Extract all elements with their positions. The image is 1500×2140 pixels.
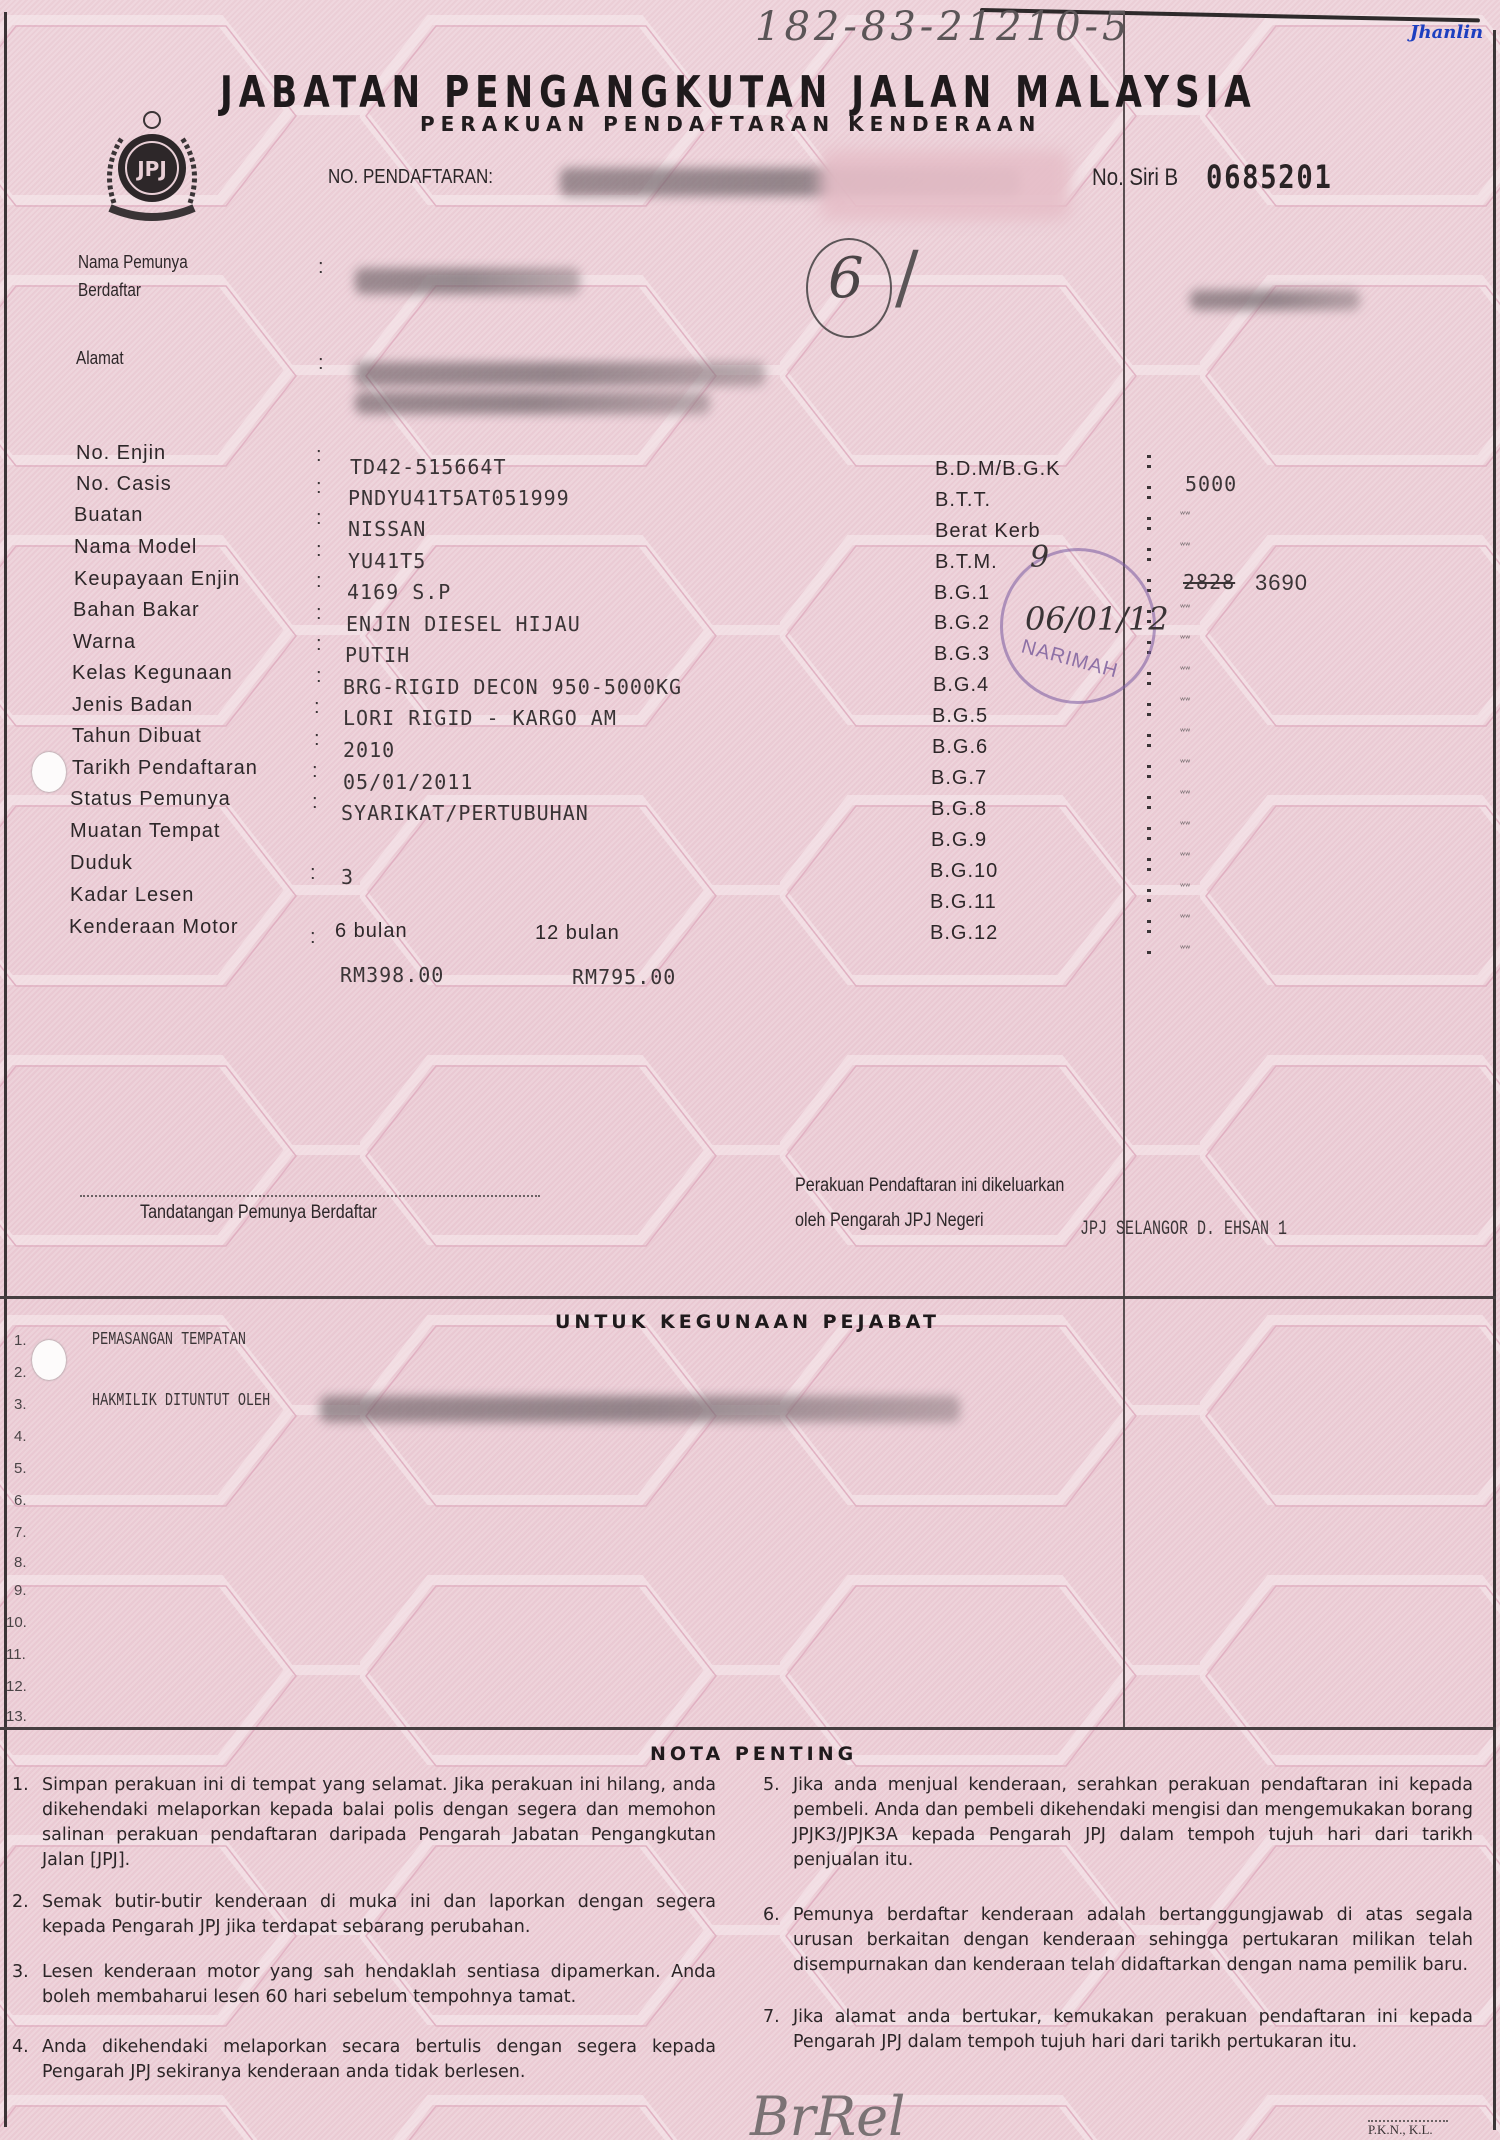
- note-number: 6.: [763, 1903, 780, 1928]
- note-item: 4.Anda dikehendaki melaporkan secara ber…: [42, 2035, 716, 2085]
- field-value-make: NISSAN: [348, 517, 426, 541]
- issuer-office: JPJ SELANGOR D. EHSAN 1: [1080, 1218, 1287, 1241]
- column-divider: [1123, 12, 1125, 1730]
- field-label: Kelas Kegunaan: [72, 662, 233, 685]
- address-line-2-redacted: [355, 392, 710, 414]
- field-value-owner-status: SYARIKAT/PERTUBUHAN: [341, 801, 589, 825]
- note-text: Simpan perakuan ini di tempat yang selam…: [42, 1775, 716, 1870]
- punch-hole: [32, 1340, 66, 1380]
- colon: :: [310, 926, 316, 949]
- field-value-engine-no: TD42-515664T: [350, 455, 507, 479]
- office-use-heading: UNTUK KEGUNAAN PEJABAT: [555, 1311, 940, 1333]
- weight-label: B.G.12: [930, 922, 998, 945]
- weight-label: B.G.6: [932, 736, 988, 759]
- office-row-text: PEMASANGAN TEMPATAN: [92, 1330, 246, 1350]
- row-number: 11.: [6, 1646, 26, 1663]
- colon: :: [314, 728, 320, 751]
- section-divider: [0, 1296, 1496, 1299]
- note-item: 5.Jika anda menjual kenderaan, serahkan …: [793, 1773, 1473, 1873]
- owner-name-redacted: [355, 268, 580, 294]
- weight-label: B.G.8: [931, 798, 987, 821]
- weight-dash-column: ʷʷʷʷʷʷʷʷʷʷʷʷʷʷʷʷʷʷʷʷʷʷʷʷʷʷʷʷ: [1180, 500, 1190, 965]
- signature-line: [80, 1195, 540, 1197]
- field-label: Muatan Tempat: [70, 820, 221, 843]
- handwritten-circle-number: 6: [828, 246, 864, 311]
- jpj-logo: JPJ: [92, 108, 212, 228]
- field-label: No. Enjin: [76, 442, 166, 465]
- field-value-engine-capacity: 4169 S.P: [347, 580, 451, 604]
- serial-number: 0685201: [1206, 158, 1333, 196]
- note-number: 4.: [12, 2035, 29, 2060]
- colon: :: [312, 791, 318, 814]
- colon: :: [316, 633, 322, 656]
- owner-name-label-2: Berdaftar: [78, 280, 141, 301]
- field-label: No. Casis: [76, 473, 172, 496]
- field-label: Tarikh Pendaftaran: [72, 757, 258, 780]
- weight-value-btm-struck: 2828: [1183, 570, 1235, 594]
- note-text: Jika alamat anda bertukar, kemukakan per…: [793, 2007, 1473, 2052]
- field-value-body-type: LORI RIGID - KARGO AM: [343, 706, 617, 730]
- row-number: 5.: [14, 1460, 27, 1477]
- row-number: 10.: [6, 1614, 27, 1631]
- colon: :: [316, 507, 322, 530]
- field-value-year: 2010: [343, 738, 395, 762]
- field-label: Warna: [73, 631, 136, 654]
- section-divider: [0, 1727, 1496, 1730]
- serial-label: No. Siri B: [1092, 164, 1178, 192]
- handwritten-signature: BrRel: [750, 2085, 905, 2140]
- colon: :: [310, 862, 316, 885]
- weight-label: B.G.9: [931, 829, 987, 852]
- issuer-line-1: Perakuan Pendaftaran ini dikeluarkan: [795, 1175, 1064, 1197]
- note-text: Anda dikehendaki melaporkan secara bertu…: [42, 2037, 716, 2082]
- field-value-fuel: ENJIN DIESEL HIJAU: [346, 612, 581, 636]
- weight-label: B.G.7: [931, 767, 987, 790]
- field-label: Nama Model: [74, 536, 197, 559]
- weight-label: B.G.1: [934, 582, 990, 605]
- weight-label: B.G.2: [934, 612, 990, 635]
- colon: :: [316, 476, 322, 499]
- field-label: Bahan Bakar: [73, 599, 200, 622]
- colon-column: [1147, 455, 1151, 955]
- field-label: Buatan: [74, 504, 143, 527]
- svg-text:JPJ: JPJ: [135, 157, 167, 181]
- weight-label: B.D.M/B.G.K: [935, 458, 1060, 481]
- note-text: Semak butir-butir kenderaan di muka ini …: [42, 1892, 716, 1937]
- reg-no-label: NO. PENDAFTARAN:: [328, 166, 493, 189]
- colon: :: [316, 444, 322, 467]
- license-period-12: 12 bulan: [535, 922, 620, 945]
- note-number: 3.: [12, 1960, 29, 1985]
- row-number: 8.: [14, 1554, 27, 1571]
- weight-label: Berat Kerb: [935, 520, 1041, 543]
- address-line-1-redacted: [355, 362, 765, 386]
- weight-label: B.G.5: [932, 705, 988, 728]
- punch-hole: [32, 752, 66, 792]
- redaction-smudge: [820, 150, 1070, 220]
- weight-value-gvw: 5000: [1185, 472, 1237, 496]
- notes-heading: NOTA PENTING: [650, 1743, 857, 1765]
- note-number: 7.: [763, 2005, 780, 2030]
- right-redacted: [1190, 290, 1360, 310]
- row-number: 13.: [6, 1708, 27, 1725]
- colon: :: [312, 760, 318, 783]
- weight-label: B.T.M.: [935, 551, 998, 574]
- field-value-color: PUTIH: [345, 643, 410, 667]
- weight-value-btm: 3690: [1255, 570, 1308, 596]
- row-number: 12.: [6, 1678, 27, 1695]
- jpj-crest-icon: JPJ: [92, 108, 212, 228]
- field-label: Status Pemunya: [70, 788, 231, 811]
- field-value-model: YU41T5: [348, 549, 426, 573]
- field-value-usage-class: BRG-RIGID DECON 950-5000KG: [343, 675, 682, 699]
- office-row-text: HAKMILIK DITUNTUT OLEH: [92, 1391, 270, 1411]
- note-item: 2.Semak butir-butir kenderaan di muka in…: [42, 1890, 716, 1940]
- frame-right-border: [1493, 30, 1496, 2130]
- handwritten-corner-note: Jhanlin: [1410, 22, 1483, 43]
- row-number: 6.: [14, 1492, 27, 1509]
- handwritten-slash: /: [895, 236, 919, 318]
- colon: :: [316, 602, 322, 625]
- field-label: Duduk: [70, 852, 133, 875]
- row-number: 1.: [14, 1332, 27, 1349]
- field-value-chassis-no: PNDYU41T5AT051999: [348, 486, 570, 510]
- row-number: 9.: [14, 1582, 27, 1599]
- issuer-line-2: oleh Pengarah JPJ Negeri: [795, 1210, 984, 1232]
- note-number: 5.: [763, 1773, 780, 1798]
- note-number: 2.: [12, 1890, 29, 1915]
- note-item: 7.Jika alamat anda bertukar, kemukakan p…: [793, 2005, 1473, 2055]
- colon: :: [314, 696, 320, 719]
- weight-label: B.G.3: [934, 643, 990, 666]
- document-title: PERAKUAN PENDAFTARAN KENDERAAN: [420, 112, 1041, 136]
- note-text: Jika anda menjual kenderaan, serahkan pe…: [793, 1775, 1473, 1870]
- address-label: Alamat: [76, 348, 124, 369]
- field-label: Kenderaan Motor: [69, 916, 239, 939]
- owner-signature-label: Tandatangan Pemunya Berdaftar: [140, 1202, 377, 1224]
- agency-title: JABATAN PENGANGKUTAN JALAN MALAYSIA: [220, 67, 1257, 118]
- handwritten-reference: 182-83-21210-5: [755, 4, 1132, 50]
- field-label: Kadar Lesen: [70, 884, 194, 907]
- license-fee-6: RM398.00: [340, 963, 444, 987]
- note-item: 1.Simpan perakuan ini di tempat yang sel…: [42, 1773, 716, 1873]
- row-number: 3.: [14, 1396, 27, 1413]
- row-number: 4.: [14, 1428, 27, 1445]
- field-label: Keupayaan Enjin: [74, 568, 240, 591]
- handwritten-initial: 9: [1030, 540, 1049, 575]
- note-text: Pemunya berdaftar kenderaan adalah berta…: [793, 1905, 1473, 1975]
- license-fee-12: RM795.00: [572, 965, 676, 989]
- field-label: Tahun Dibuat: [72, 725, 202, 748]
- field-label: Jenis Badan: [72, 694, 193, 717]
- handwritten-date: 06/01/12: [1025, 600, 1169, 638]
- colon: :: [318, 352, 324, 375]
- office-row-redacted: [320, 1396, 960, 1422]
- form-code: P.K.N., K.L.: [1368, 2122, 1433, 2138]
- colon: :: [316, 539, 322, 562]
- row-number: 7.: [14, 1524, 27, 1541]
- note-item: 3.Lesen kenderaan motor yang sah hendakl…: [42, 1960, 716, 2010]
- license-period-6: 6 bulan: [335, 920, 408, 943]
- weight-label: B.G.10: [930, 860, 998, 883]
- row-number: 2.: [14, 1364, 27, 1381]
- field-value-seats: 3: [341, 865, 354, 889]
- weight-label: B.G.11: [930, 891, 997, 914]
- colon: :: [318, 256, 324, 279]
- colon: :: [316, 665, 322, 688]
- weight-label: B.T.T.: [935, 489, 991, 512]
- frame-left-border: [4, 12, 7, 2127]
- owner-name-label: Nama Pemunya: [78, 252, 188, 273]
- field-value-reg-date: 05/01/2011: [343, 770, 473, 794]
- note-number: 1.: [12, 1773, 29, 1798]
- weight-label: B.G.4: [933, 674, 989, 697]
- colon: :: [316, 570, 322, 593]
- note-text: Lesen kenderaan motor yang sah hendaklah…: [42, 1962, 716, 2007]
- note-item: 6.Pemunya berdaftar kenderaan adalah ber…: [793, 1903, 1473, 1978]
